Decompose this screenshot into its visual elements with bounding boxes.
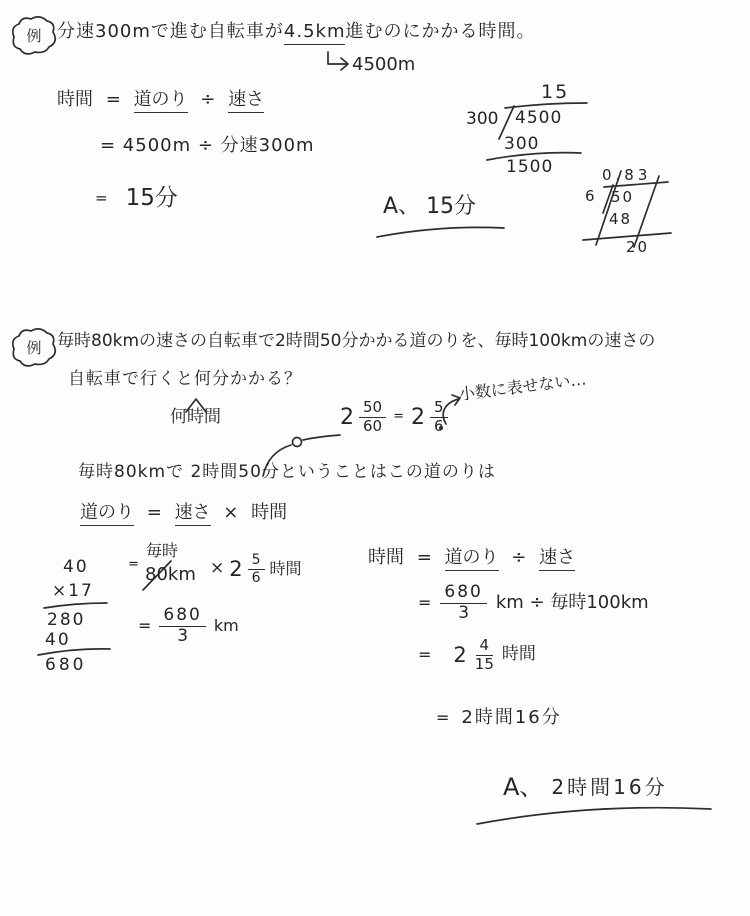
p2-answer-value: 2時間16分 [551, 776, 667, 799]
p1-formula-term2: 速さ [228, 89, 264, 113]
p1-statement-post: 進むのにかかる時間。 [345, 21, 535, 42]
p2-time-step3: = 2時間16分 [436, 708, 562, 729]
p2-answer: A、 2時間16分 [503, 774, 668, 802]
p2-dist-frac: 5 6 [248, 553, 265, 585]
p2-cloud-note: 小数に表せない… [458, 370, 587, 404]
p1-answer-value: 15分 [426, 194, 476, 219]
p2-mult-row2: ×17 [52, 582, 94, 602]
p2-answer-underline [477, 808, 711, 824]
p1-formula: 時間 = 道のり ÷ 速さ [57, 90, 264, 111]
p2-tstep2-unit: 時間 [502, 645, 536, 665]
p2-time-formula: 時間 = 道のり ÷ 速さ [368, 548, 575, 569]
p2-mult-line1 [44, 603, 107, 608]
p1-formula-lhs: 時間 [57, 89, 93, 110]
p2-dist-den: 6 [252, 570, 261, 586]
p1-check-division-slash-right [634, 176, 659, 247]
p2-conv-whole2: 2 [411, 405, 425, 430]
p2-mult-row1: 40 [63, 558, 89, 578]
p1-answer-prefix: A、 [383, 194, 420, 219]
p1-statement-distance: 4.5km [284, 21, 346, 45]
p1-check-quotient: 0.83 [602, 167, 651, 184]
p2-tstep2-eq: = [418, 646, 431, 664]
p2-formula: 道のり = 速さ × 時間 [80, 503, 287, 524]
p2-tform-eq: = [417, 547, 432, 568]
p2-tstep2-den: 15 [475, 656, 494, 673]
p2-tform-op: ÷ [511, 547, 526, 568]
p2-tform-term1: 道のり [445, 547, 499, 571]
p2-tform-term2: 速さ [539, 547, 575, 571]
p2-tstep1-den: 3 [458, 604, 469, 623]
p1-formula-op: ÷ [200, 89, 215, 110]
p2-conv-den1: 60 [363, 418, 382, 435]
p1-step2-eq: = [95, 190, 108, 207]
p2-conv-num2: 5 [430, 400, 448, 418]
p1-formula-eq: = [106, 89, 121, 110]
p2-conv-frac2: 5 6 [430, 400, 448, 435]
p1-check-product: 48 [609, 211, 632, 228]
p2-fraction-conversion: 2 50 60 = 2 5 6 [340, 400, 448, 435]
p1-division-remainder: 1500 [506, 158, 553, 178]
p2-conv-num1: 50 [359, 400, 386, 418]
p2-dist-result: = 680 3 km [138, 607, 239, 646]
p1-division-dividend: 4500 [515, 109, 562, 129]
p2-dist-num: 5 [248, 553, 265, 570]
p2-formula-lhs: 道のり [80, 502, 134, 526]
p2-distres-num: 680 [159, 607, 205, 627]
p1-example-label: 例 [14, 28, 54, 45]
p2-statement-line2: 自転車で行くと何分かかる？ [68, 370, 302, 390]
p2-tstep1-frac: 680 3 [440, 584, 486, 623]
p1-check-remainder: 20 [626, 239, 649, 256]
p2-tstep2-frac: 4 15 [475, 638, 494, 673]
p2-dist-expression: × 2 5 6 時間 [210, 553, 302, 585]
p2-distres-eq: = [138, 617, 151, 635]
p1-division-quotient: 15 [541, 82, 569, 104]
p2-formula-term2: 時間 [251, 502, 287, 523]
p2-statement-line1: 毎時80kmの速さの自転車で2時間50分かかる道のりを、毎時100kmの速さの [57, 332, 655, 352]
p1-division-divisor: 300 [466, 110, 498, 130]
p2-formula-op: × [223, 502, 238, 523]
p2-mult-row5: 680 [45, 656, 86, 676]
p2-hours-annotation: 何時間 [170, 408, 221, 428]
p1-check-dividend: 50 [611, 189, 634, 206]
p2-reasoning: 毎時80kmで 2時間50分ということはこの道のりは [78, 463, 496, 483]
p2-distres-frac: 680 3 [159, 607, 205, 646]
p2-answer-prefix: A、 [503, 774, 543, 802]
p1-step1: = 4500m ÷ 分速300m [100, 136, 315, 157]
p1-formula-term1: 道のり [134, 89, 188, 113]
p2-time-step2: = 2 4 15 時間 [418, 638, 536, 673]
p2-dist-eq: = [128, 558, 139, 573]
p2-conv-den2: 6 [434, 418, 444, 435]
p2-dist-times: × [210, 559, 224, 579]
p2-dist-whole: 2 [229, 557, 242, 581]
p1-step2: = 15分 [95, 185, 178, 211]
handwritten-notes-page: { "colors": {"ink": "#262626", "paper": … [0, 0, 750, 916]
p2-example-label: 例 [14, 340, 54, 357]
p2-tstep3-eq: = [436, 709, 449, 727]
p1-corner-arrow-icon [328, 52, 348, 70]
p1-statement: 分速300mで進む自転車が4.5km進むのにかかる時間。 [57, 22, 535, 43]
p1-answer: A、 15分 [383, 194, 476, 219]
p2-tstep3-value: 2時間16分 [461, 708, 561, 729]
p2-tform-lhs: 時間 [368, 547, 404, 568]
p2-conv-whole1: 2 [340, 405, 354, 430]
p2-mult-row3: 280 [47, 611, 85, 631]
p2-dist-speed-label: 毎時 [146, 542, 178, 560]
p2-distres-unit: km [214, 617, 239, 635]
p2-swoosh-loop [293, 438, 302, 447]
p1-conversion-value: 4500m [352, 55, 415, 76]
p2-tstep2-whole: 2 [453, 643, 466, 667]
p2-formula-term1: 速さ [175, 502, 211, 526]
p2-conv-eq: = [393, 410, 404, 425]
p2-tstep2-num: 4 [476, 638, 494, 656]
p2-dist-unit: 時間 [270, 560, 302, 578]
p1-statement-pre: 分速300mで進む自転車が [57, 21, 284, 42]
p1-check-divisor: 6 [585, 188, 595, 205]
p1-division-product: 300 [504, 135, 539, 155]
p2-tstep1-eq: = [418, 594, 431, 612]
p2-tstep1-rest: km ÷ 毎時100km [496, 593, 649, 614]
p2-mult-row4: 40 [45, 631, 71, 651]
p2-formula-eq: = [147, 502, 162, 523]
p1-step2-value: 15分 [126, 185, 178, 211]
p2-distres-den: 3 [177, 627, 188, 646]
p2-dist-speed: 80km [145, 565, 196, 586]
p2-tstep1-num: 680 [440, 584, 486, 604]
p1-answer-underline [377, 227, 504, 237]
p2-time-step1: = 680 3 km ÷ 毎時100km [418, 584, 649, 623]
p2-conv-frac1: 50 60 [359, 400, 386, 435]
